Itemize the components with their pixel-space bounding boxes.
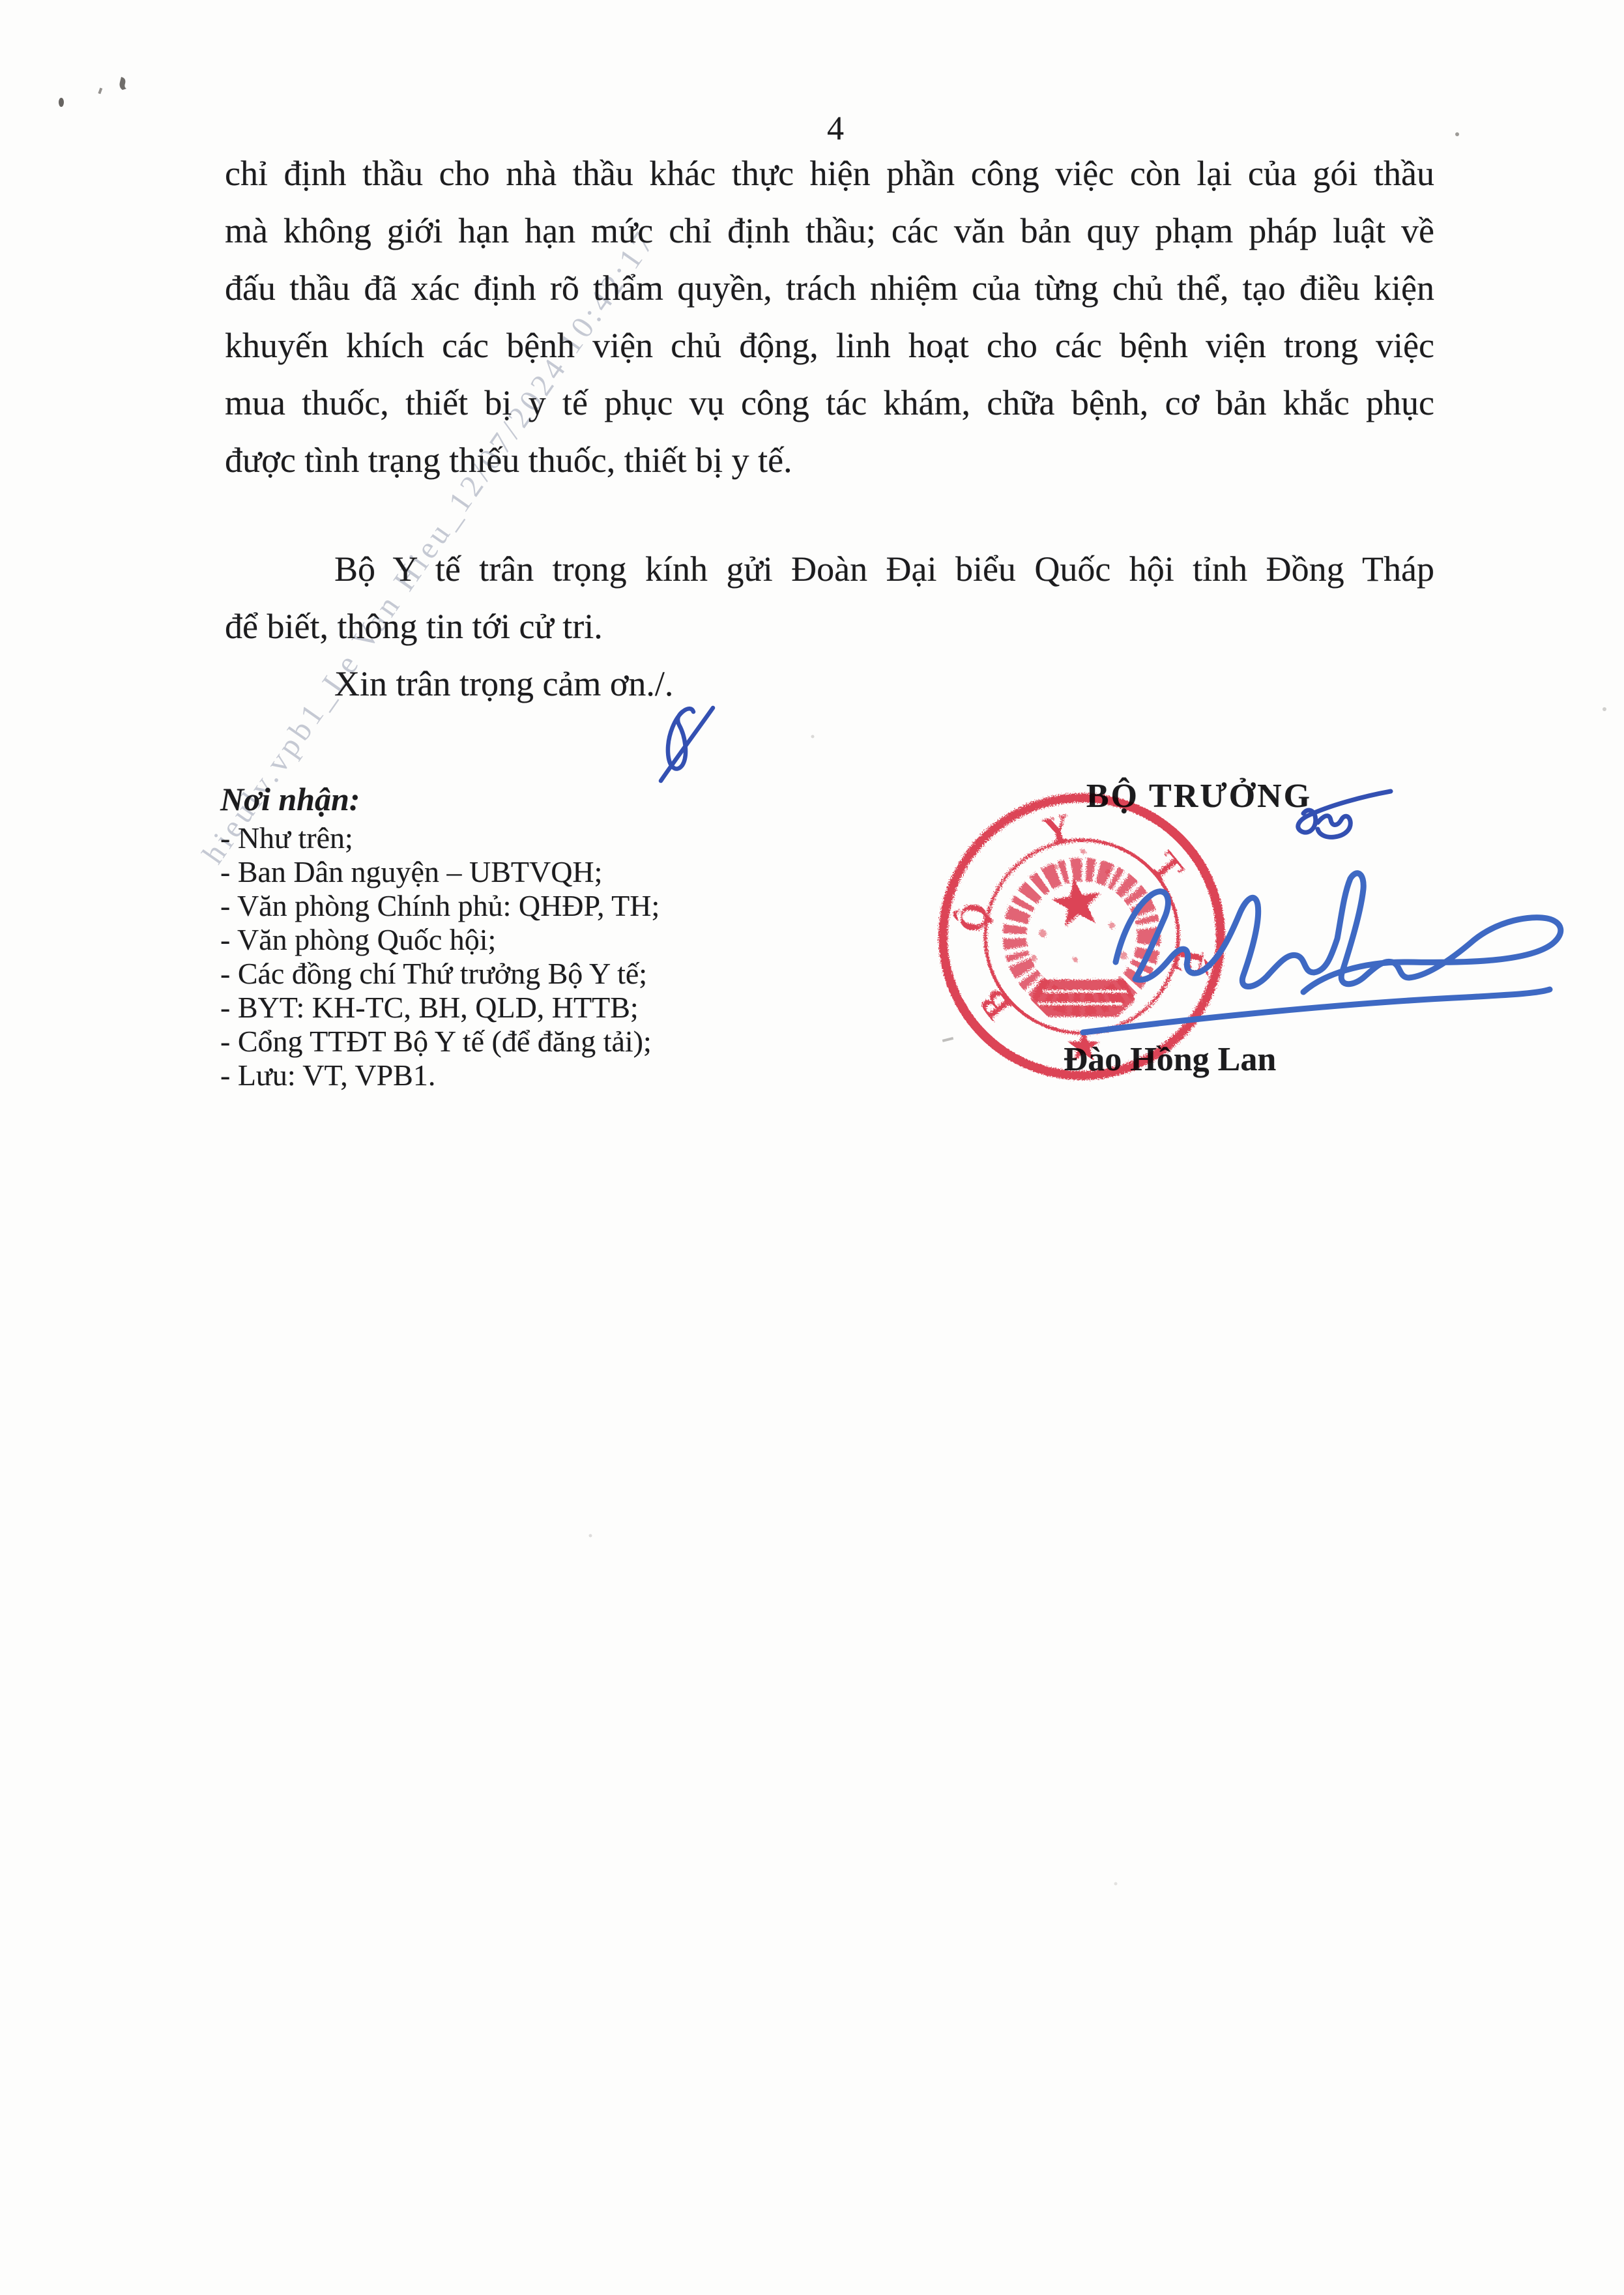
signer-name: Đào Hồng Lan	[1043, 1040, 1297, 1079]
paragraph-3: Xin trân trọng cảm ơn./.	[225, 655, 1434, 712]
seal-inner-ring	[985, 840, 1178, 1033]
seal-letter: B	[970, 982, 1019, 1028]
recipient-item: - Văn phòng Quốc hội;	[220, 923, 660, 957]
paragraph-1: chỉ định thầu cho nhà thầu khác thực hiệ…	[225, 145, 1434, 489]
ministry-seal: B Ộ Y T Ế	[943, 798, 1221, 1075]
seal-outer-ring	[943, 798, 1221, 1075]
body-line: được tình trạng thiếu thuốc, thiết bị y …	[225, 431, 1434, 489]
body-line: khuyến khích các bệnh viện chủ động, lin…	[225, 317, 1434, 374]
minister-signature	[1083, 873, 1561, 1032]
recipient-item: - Như trên;	[220, 821, 660, 855]
seal-letter: Ế	[1166, 944, 1213, 978]
seal-letter: Y	[1039, 805, 1075, 853]
signature-underline	[1083, 989, 1550, 1032]
recipient-item: - Cổng TTĐT Bộ Y tế (để đăng tải);	[220, 1025, 660, 1059]
signature-strokes	[1116, 873, 1561, 992]
seal-letter: Ộ	[950, 899, 996, 936]
body-line: Bộ Y tế trân trọng kính gửi Đoàn Đại biể…	[225, 540, 1434, 598]
letter-body: chỉ định thầu cho nhà thầu khác thực hiệ…	[225, 145, 1434, 712]
body-line: để biết, thông tin tới cử tri.	[225, 598, 1434, 655]
seal-letter: T	[1143, 844, 1192, 890]
recipients-heading: Nơi nhận:	[220, 780, 660, 819]
emblem-banner	[1031, 980, 1135, 1017]
minister-title: BỘ TRƯỞNG	[1075, 777, 1323, 815]
document-page: 4 hieulv.vpb1_Le Van Hieu_12/07/2024 10:…	[0, 0, 1624, 2295]
recipient-item: - Các đồng chí Thứ trưởng Bộ Y tế;	[220, 957, 660, 991]
emblem-star	[1049, 875, 1105, 928]
body-line: mua thuốc, thiết bị y tế phục vụ công tá…	[225, 374, 1434, 431]
recipient-item: - Văn phòng Chính phủ: QHĐP, TH;	[220, 889, 660, 923]
recipient-item: - Lưu: VT, VPB1.	[220, 1059, 660, 1092]
recipient-item: - Ban Dân nguyện – UBTVQH;	[220, 855, 660, 889]
recipient-item: - BYT: KH-TC, BH, QLD, HTTB;	[220, 991, 660, 1025]
recipients-block: Nơi nhận: - Như trên; - Ban Dân nguyện –…	[220, 780, 660, 1092]
emblem-speckle	[1030, 849, 1127, 962]
paragraph-2: Bộ Y tế trân trọng kính gửi Đoàn Đại biể…	[225, 540, 1434, 655]
body-line: đấu thầu đã xác định rõ thẩm quyền, trác…	[225, 259, 1434, 317]
body-line: mà không giới hạn hạn mức chỉ định thầu;…	[225, 202, 1434, 259]
national-emblem	[1015, 849, 1149, 1017]
body-line: Xin trân trọng cảm ơn./.	[225, 655, 1434, 712]
page-number: 4	[815, 110, 856, 148]
body-line: chỉ định thầu cho nhà thầu khác thực hiệ…	[225, 145, 1434, 202]
initial-signature	[661, 708, 713, 781]
emblem-wreath	[1015, 870, 1149, 1004]
recipients-list: - Như trên; - Ban Dân nguyện – UBTVQH; -…	[220, 821, 660, 1092]
seal-ring-text: B Ộ Y T Ế	[950, 805, 1213, 1027]
